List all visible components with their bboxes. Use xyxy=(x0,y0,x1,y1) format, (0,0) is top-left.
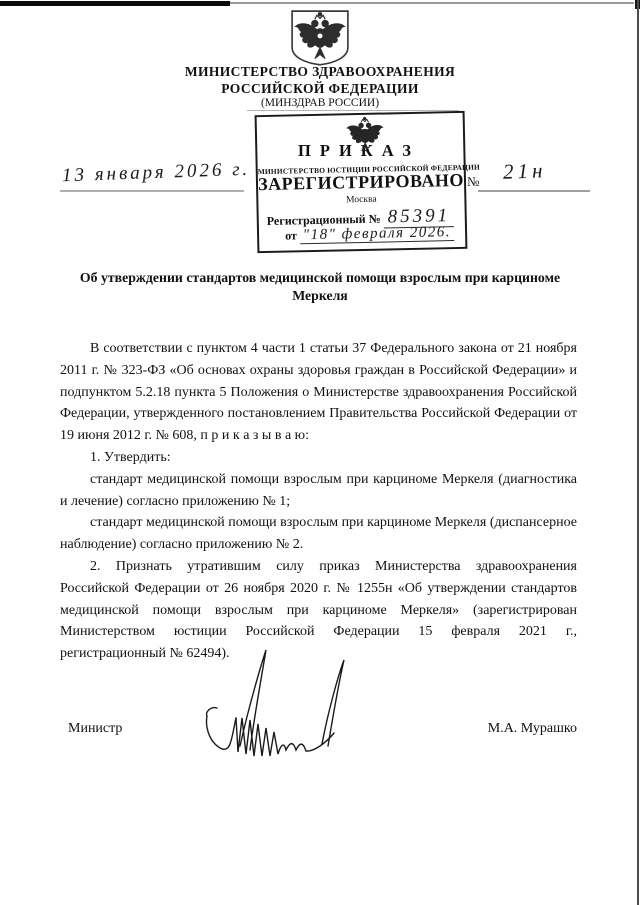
stamp-date-label: от xyxy=(285,228,297,242)
date-underline xyxy=(60,190,244,192)
stamp-date-handwritten: "18" февраля 2026. xyxy=(300,224,455,244)
ministry-name-line2: РОССИЙСКОЙ ФЕДЕРАЦИИ xyxy=(0,81,640,97)
body-paragraph: 1. Утвердить: xyxy=(60,447,577,469)
document-title: Об утверждении стандартов медицинской по… xyxy=(70,269,570,304)
scan-artifact-top-line xyxy=(230,2,634,4)
handwritten-signature xyxy=(203,646,351,773)
justice-registration-stamp: МИНИСТЕРСТВО ЮСТИЦИИ РОССИЙСКОЙ ФЕДЕРАЦИ… xyxy=(255,111,468,253)
body-paragraph: стандарт медицинской помощи взрослым при… xyxy=(60,512,577,556)
double-headed-eagle-icon xyxy=(342,114,389,162)
document-body: В соответствии с пунктом 4 части 1 стать… xyxy=(60,338,577,665)
handwritten-issue-date: 13 января 2026 г. xyxy=(62,159,251,188)
russian-coat-of-arms-icon xyxy=(289,9,351,72)
number-sign: № xyxy=(467,174,479,190)
body-paragraph: стандарт медицинской помощи взрослым при… xyxy=(60,469,577,513)
scanned-order-page: МИНИСТЕРСТВО ЗДРАВООХРАНЕНИЯ РОССИЙСКОЙ … xyxy=(0,0,640,905)
stamp-registration-date-line: от "18" февраля 2026. xyxy=(285,224,454,245)
ministry-abbreviation: (МИНЗДРАВ РОССИИ) xyxy=(0,97,640,109)
body-paragraph: В соответствии с пунктом 4 части 1 стать… xyxy=(60,338,577,447)
stamp-registered-label: ЗАРЕГИСТРИРОВАНО xyxy=(258,170,464,195)
handwritten-order-number: 21н xyxy=(503,158,547,185)
scan-artifact-top-bar xyxy=(0,1,230,6)
ministry-name-line1: МИНИСТЕРСТВО ЗДРАВООХРАНЕНИЯ xyxy=(0,64,640,80)
scan-artifact-right-line xyxy=(637,0,639,905)
number-underline xyxy=(478,190,590,192)
